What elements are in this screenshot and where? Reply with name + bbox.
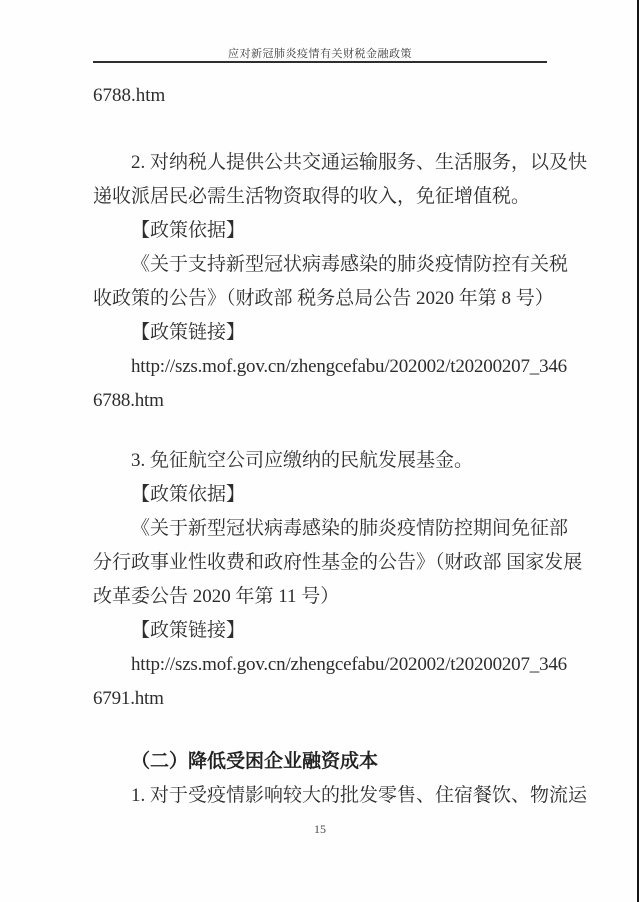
policy-basis-label: 【政策依据】 — [93, 214, 547, 248]
policy-basis-label: 【政策依据】 — [93, 478, 547, 512]
policy-link-url-tail: 6788.htm — [93, 384, 547, 418]
policy-basis-doc-line-1: 《关于支持新型冠状病毒感染的肺炎疫情防控有关税 — [93, 248, 547, 282]
policy-basis-doc-line-1: 《关于新型冠状病毒感染的肺炎疫情防控期间免征部 — [93, 512, 547, 546]
page-header: 应对新冠肺炎疫情有关财税金融政策 — [93, 0, 547, 63]
policy-link-url: http://szs.mof.gov.cn/zhengcefabu/202002… — [93, 648, 547, 682]
policy-basis-doc-line-3: 改革委公告 2020 年第 11 号） — [93, 580, 547, 614]
policy-item-1-line-1: 1. 对于受疫情影响较大的批发零售、住宿餐饮、物流运 — [93, 779, 547, 813]
section-heading: （二）降低受困企业融资成本 — [93, 745, 547, 779]
page-footer: 15 — [93, 820, 547, 838]
policy-link-label: 【政策链接】 — [93, 316, 547, 350]
page-content: 应对新冠肺炎疫情有关财税金融政策 6788.htm 2. 对纳税人提供公共交通运… — [93, 0, 547, 838]
policy-url-continuation: 6788.htm — [93, 79, 547, 113]
running-header-title: 应对新冠肺炎疫情有关财税金融政策 — [93, 47, 547, 61]
policy-basis-doc-line-2: 收政策的公告》（财政部 税务总局公告 2020 年第 8 号） — [93, 282, 547, 316]
document-page: 应对新冠肺炎疫情有关财税金融政策 6788.htm 2. 对纳税人提供公共交通运… — [0, 0, 640, 902]
policy-link-label: 【政策链接】 — [93, 614, 547, 648]
policy-item-2-line-2: 递收派居民必需生活物资取得的收入，免征增值税。 — [93, 180, 547, 214]
document-body: 6788.htm 2. 对纳税人提供公共交通运输服务、生活服务，以及快 递收派居… — [93, 63, 547, 813]
page-number: 15 — [314, 822, 326, 836]
policy-link-url-tail: 6791.htm — [93, 682, 547, 716]
page-edge-line — [637, 0, 639, 902]
policy-link-url: http://szs.mof.gov.cn/zhengcefabu/202002… — [93, 350, 547, 384]
policy-basis-doc-line-2: 分行政事业性收费和政府性基金的公告》（财政部 国家发展 — [93, 546, 547, 580]
policy-item-2-line-1: 2. 对纳税人提供公共交通运输服务、生活服务，以及快 — [93, 146, 547, 180]
policy-item-3-line-1: 3. 免征航空公司应缴纳的民航发展基金。 — [93, 444, 547, 478]
